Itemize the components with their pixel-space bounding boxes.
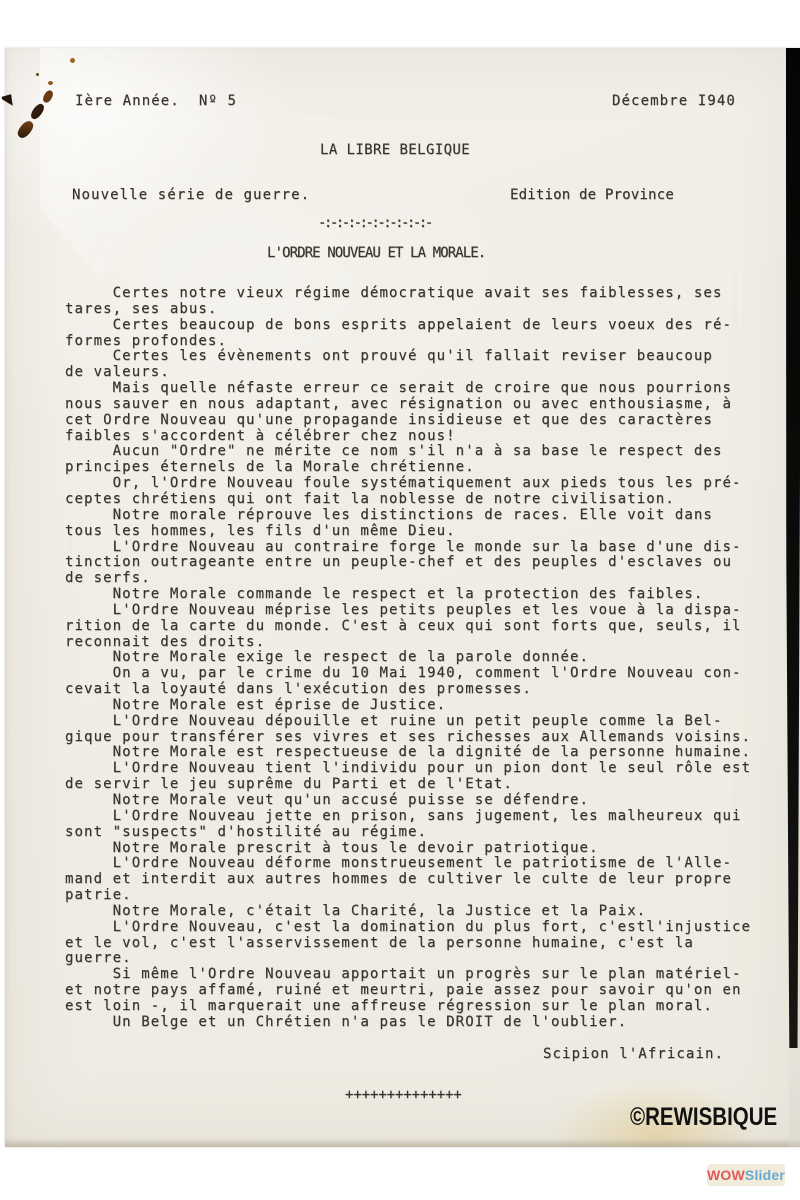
article-body: Certes notre vieux régime démocratique a…: [65, 286, 751, 1031]
paper-bottom-shadow: [5, 1139, 800, 1147]
masthead-date: Décembre I940: [612, 93, 736, 109]
rust-speck: [48, 81, 53, 85]
newspaper-title: LA LIBRE BELGIQUE: [320, 142, 470, 158]
series-label: Nouvelle série de guerre.: [72, 187, 310, 203]
edition-label: Edition de Province: [510, 187, 674, 203]
masthead-issue: Ière Année. Nº 5: [75, 93, 237, 109]
rust-speck: [70, 58, 75, 63]
copyright-watermark: ©REWISBIQUE: [630, 1103, 777, 1132]
rust-speck: [36, 73, 39, 76]
masthead-separator: -:-:-:-:-:-:-:-:-:-: [318, 215, 431, 231]
wowslider-badge[interactable]: WOWSlider: [707, 1164, 785, 1186]
wowslider-wow-text: WOW: [707, 1167, 745, 1183]
article-title: L'ORDRE NOUVEAU ET LA MORALE.: [267, 245, 485, 261]
article-signature: Scipion l'Africain.: [543, 1046, 724, 1062]
wowslider-slider-text: Slider: [745, 1167, 785, 1183]
end-divider: ++++++++++++++: [345, 1087, 462, 1103]
scanned-page-canvas: Ière Année. Nº 5 Décembre I940 LA LIBRE …: [0, 0, 800, 1200]
scan-backing-strip: [789, 1048, 800, 1147]
